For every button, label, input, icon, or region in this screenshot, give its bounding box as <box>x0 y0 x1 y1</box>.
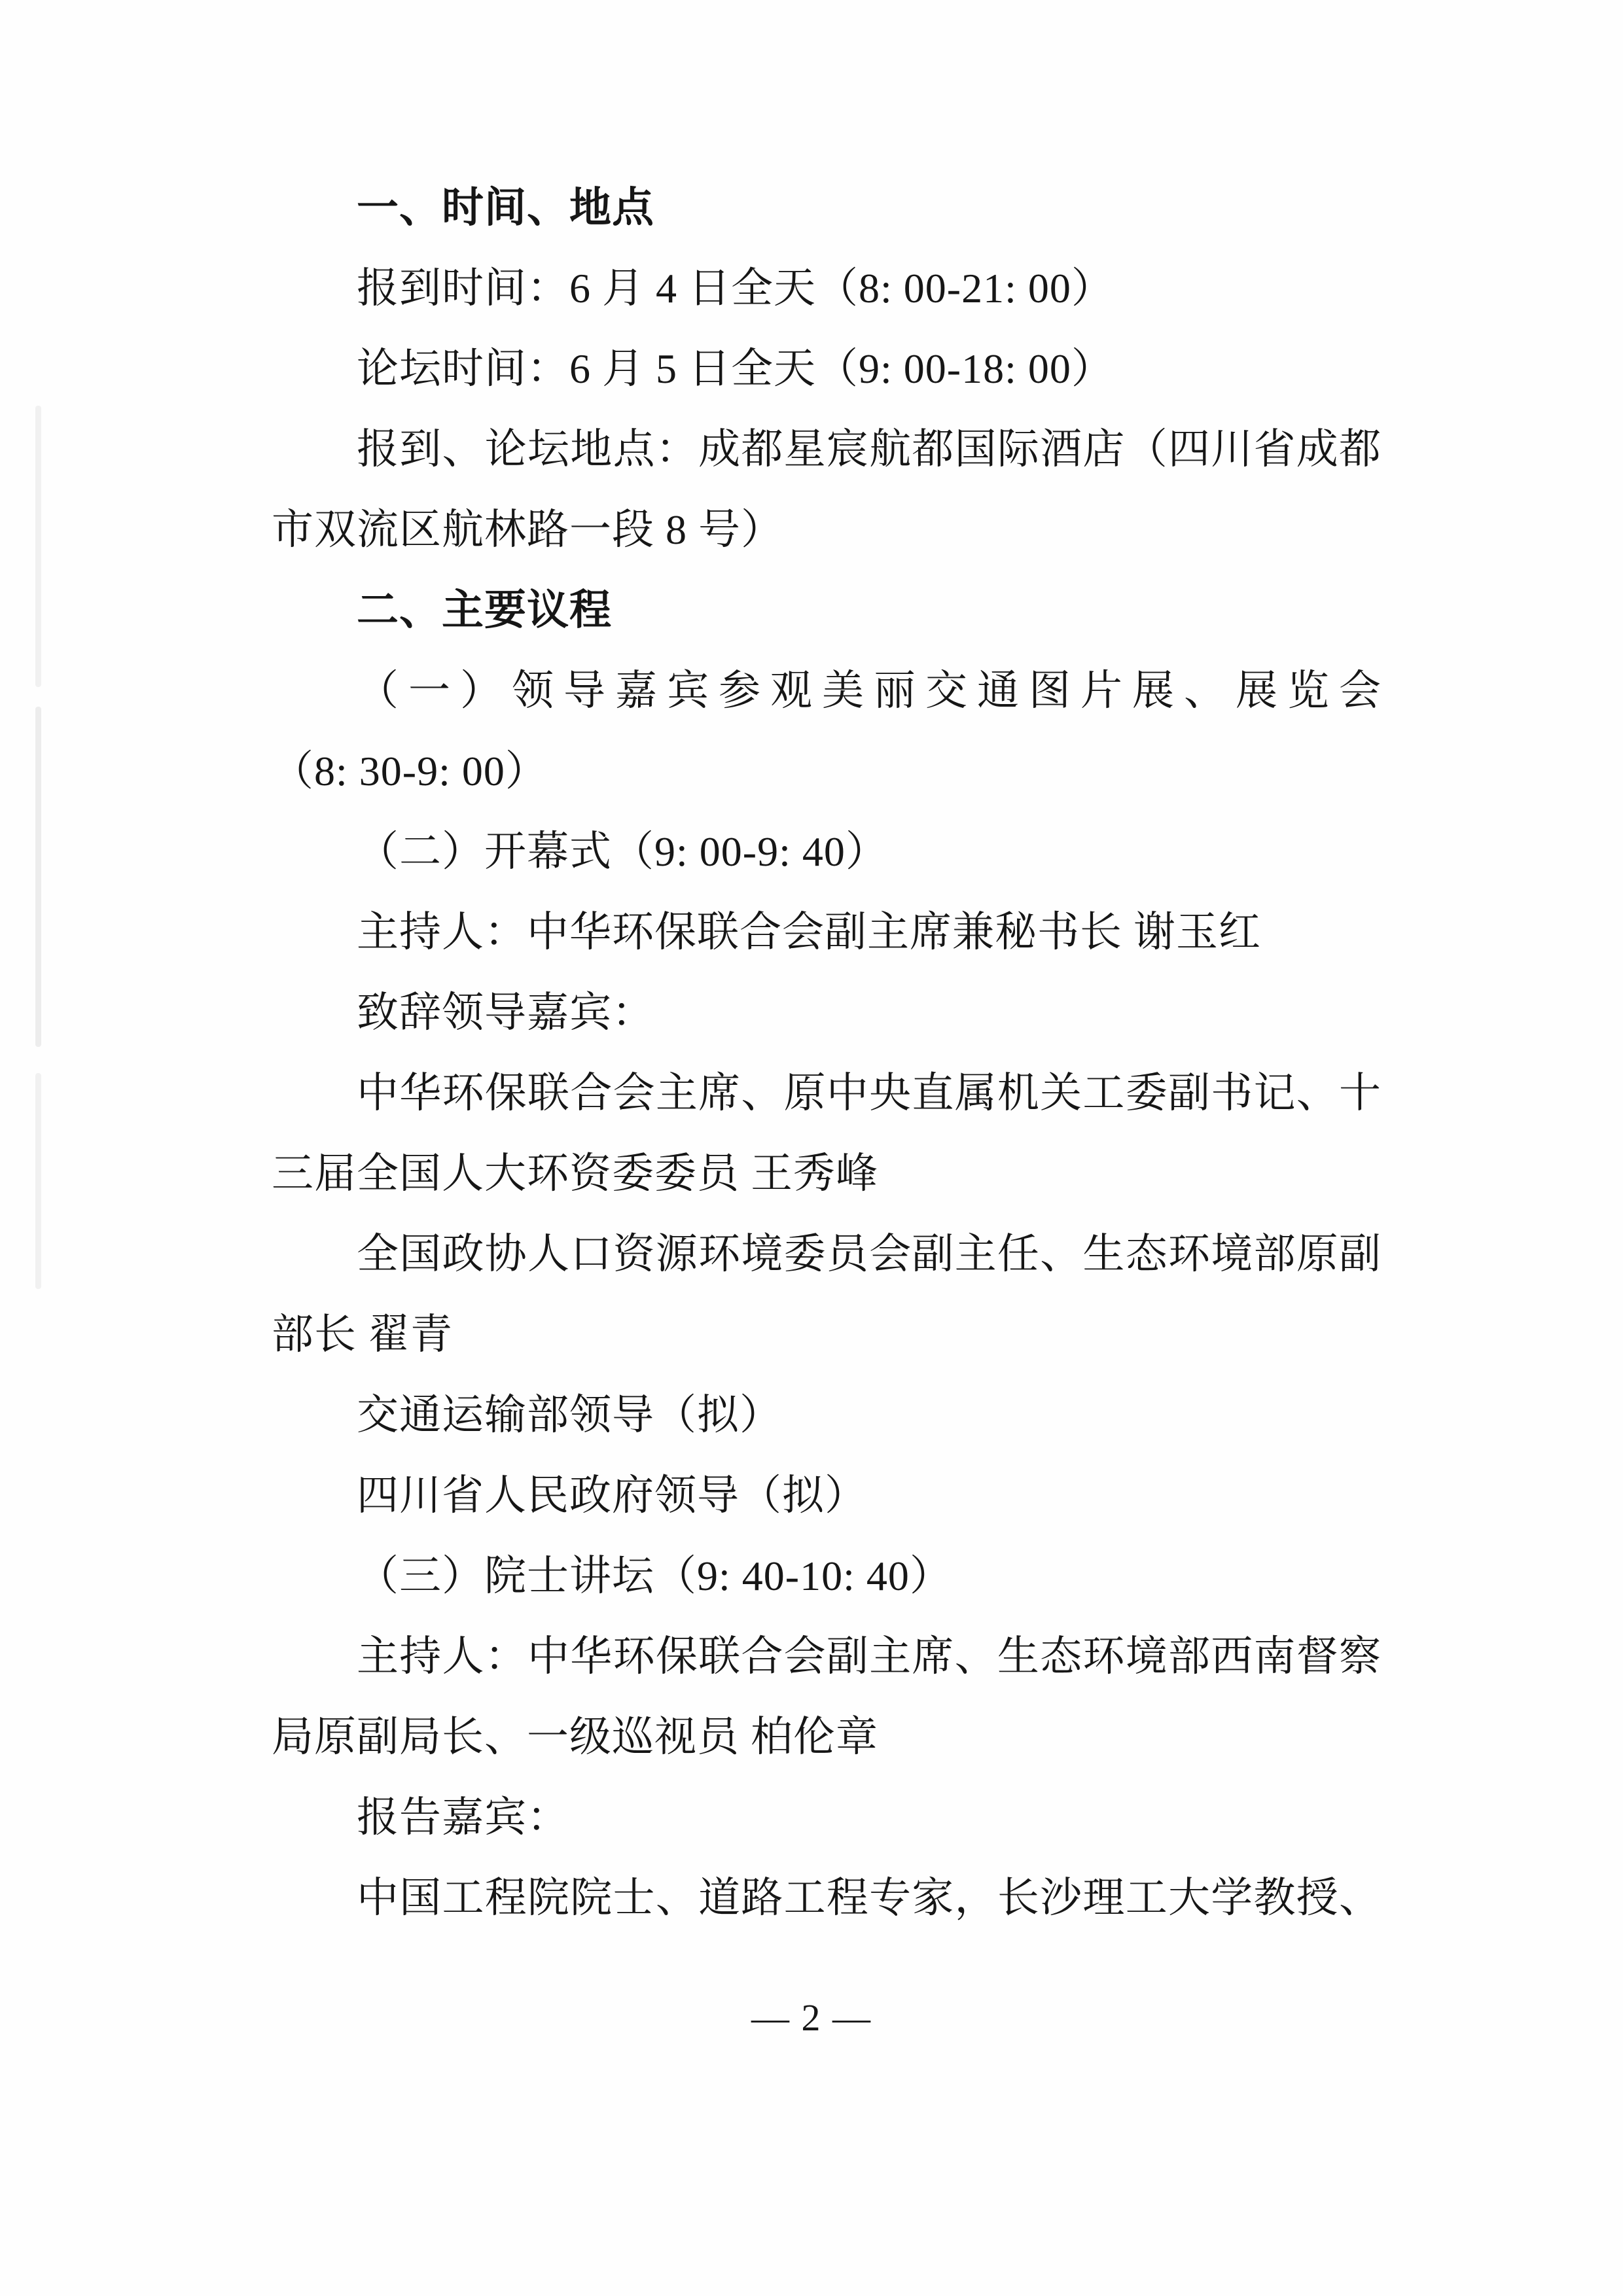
page-number: — 2 — <box>0 1977 1623 2058</box>
text-line: 市双流区航林路一段 8 号） <box>272 489 1381 570</box>
text-line: 中华环保联合会主席、原中央直属机关工委副书记、十 <box>272 1053 1381 1133</box>
text-line: 论坛时间：6 月 5 日全天（9: 00-18: 00） <box>272 328 1381 409</box>
scan-artifact <box>35 1073 41 1289</box>
text-line: 全国政协人口资源环境委员会副主任、生态环境部原副 <box>272 1214 1381 1294</box>
text-line: （二）开幕式（9: 00-9: 40） <box>272 811 1381 892</box>
text-line: 四川省人民政府领导（拟） <box>272 1455 1381 1536</box>
text-line: 中国工程院院士、道路工程专家，长沙理工大学教授、 <box>272 1858 1381 1938</box>
section-heading: 一、时间、地点 <box>272 168 1381 248</box>
text-line: 三届全国人大环资委委员 王秀峰 <box>272 1133 1381 1214</box>
text-line: （三）院士讲坛（9: 40-10: 40） <box>272 1536 1381 1616</box>
text-line: （8: 30-9: 00） <box>272 731 1381 811</box>
text-line: 报到时间：6 月 4 日全天（8: 00-21: 00） <box>272 248 1381 328</box>
text-line: 报告嘉宾： <box>272 1777 1381 1858</box>
text-line: 主持人：中华环保联合会副主席、生态环境部西南督察 <box>272 1616 1381 1697</box>
text-line: 致辞领导嘉宾： <box>272 972 1381 1053</box>
text-line: 主持人：中华环保联合会副主席兼秘书长 谢玉红 <box>272 892 1381 972</box>
text-line: 报到、论坛地点：成都星宸航都国际酒店（四川省成都 <box>272 409 1381 489</box>
document-page: 一、时间、地点报到时间：6 月 4 日全天（8: 00-21: 00）论坛时间：… <box>0 0 1623 2296</box>
scan-artifact <box>35 707 41 1047</box>
text-line: 部长 翟青 <box>272 1294 1381 1375</box>
section-heading: 二、主要议程 <box>272 570 1381 650</box>
text-line: 交通运输部领导（拟） <box>272 1375 1381 1455</box>
body-text: 一、时间、地点报到时间：6 月 4 日全天（8: 00-21: 00）论坛时间：… <box>272 168 1381 1938</box>
text-line: （一）领导嘉宾参观美丽交通图片展、展览会 <box>272 650 1381 731</box>
scan-artifact <box>35 406 41 687</box>
text-line: 局原副局长、一级巡视员 柏伦章 <box>272 1697 1381 1777</box>
